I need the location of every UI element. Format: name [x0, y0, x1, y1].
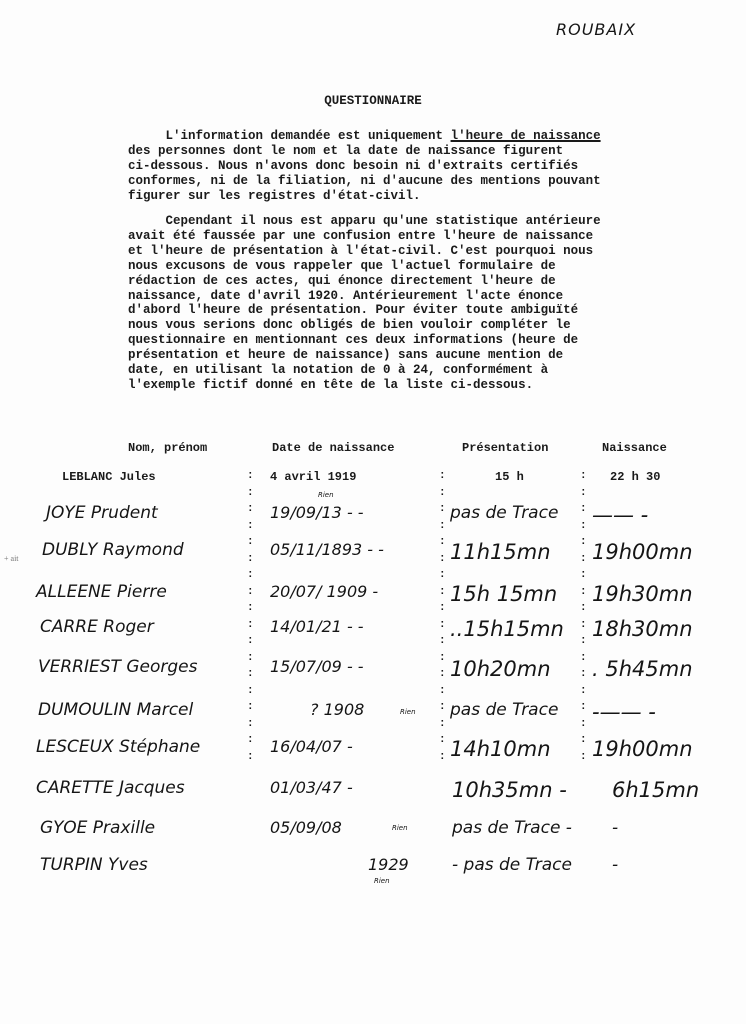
birth-time: 19h30mn: [592, 582, 693, 606]
example-birth-time: 22 h 30: [610, 470, 660, 484]
table-row: CARRE Roger14/01/21 - -..15h15mn18h30mn: [0, 617, 746, 657]
birth-time: —— -: [592, 503, 648, 527]
person-name: DUMOULIN Marcel: [38, 700, 193, 720]
birth-date: 20/07/ 1909 -: [270, 582, 378, 601]
date-note: Rien: [400, 708, 416, 716]
date-note: Rien: [318, 491, 334, 499]
birth-date: 1929: [368, 855, 409, 874]
presentation-time: 15h 15mn: [450, 582, 557, 606]
person-name: DUBLY Raymond: [42, 540, 184, 560]
table-row: GYOE Praxille05/09/08Rienpas de Trace --: [0, 818, 746, 858]
table-row: VERRIEST Georges15/07/09 - -10h20mn. 5h4…: [0, 657, 746, 697]
person-name: VERRIEST Georges: [38, 657, 197, 677]
column-header-birth-time: Naissance: [602, 441, 667, 455]
column-header-presentation: Présentation: [462, 441, 548, 455]
presentation-time: 10h20mn: [450, 657, 551, 681]
table-row: DUBLY Raymond05/11/1893 - -11h15mn19h00m…: [0, 540, 746, 580]
person-name: JOYE Prudent: [46, 503, 158, 523]
birth-date: 16/04/07 -: [270, 737, 353, 756]
date-note: Rien: [392, 824, 408, 832]
explanation-paragraph: Cependant il nous est apparu qu'une stat…: [128, 214, 668, 393]
example-birth-date: 4 avril 1919: [270, 470, 356, 484]
person-name: CARRE Roger: [40, 617, 154, 637]
birth-time: -—— -: [592, 700, 656, 724]
birth-time: 19h00mn: [592, 737, 693, 761]
column-header-birth-date: Date de naissance: [272, 441, 394, 455]
presentation-time: 10h35mn -: [452, 778, 567, 802]
birth-date: 01/03/47 -: [270, 778, 353, 797]
birth-time: -: [612, 818, 618, 838]
presentation-time: 14h10mn: [450, 737, 551, 761]
presentation-time: - pas de Trace: [452, 855, 572, 875]
birth-time: 19h00mn: [592, 540, 693, 564]
person-name: CARETTE Jacques: [36, 778, 185, 798]
intro-line-2: des personnes dont le nom et la date de …: [128, 144, 563, 158]
table-row: JOYE Prudent19/09/13 - -Rienpas de Trace…: [0, 503, 746, 543]
table-row: ALLEENE Pierre20/07/ 1909 -15h 15mn19h30…: [0, 582, 746, 622]
presentation-time: pas de Trace -: [452, 818, 572, 838]
emphasis-birth-hour: l'heure de naissance: [451, 129, 601, 143]
table-row: DUMOULIN Marcel? 1908Rienpas de Trace-——…: [0, 700, 746, 740]
date-note: Rien: [374, 877, 390, 885]
example-name: LEBLANC Jules: [62, 470, 156, 484]
intro-line-4: conformes, ni de la filiation, ni d'aucu…: [128, 174, 601, 188]
column-header-name: Nom, prénom: [128, 441, 207, 455]
birth-time: -: [612, 855, 618, 875]
intro-line-5: figurer sur les registres d'état-civil.: [128, 189, 421, 203]
intro-paragraph: L'information demandée est uniquement l'…: [128, 129, 668, 204]
birth-time: 18h30mn: [592, 617, 693, 641]
city-label: ROUBAIX: [556, 20, 636, 39]
table-row: LESCEUX Stéphane16/04/07 -14h10mn19h00mn: [0, 737, 746, 777]
birth-date: ? 1908: [310, 700, 364, 719]
birth-date: 05/09/08: [270, 818, 342, 837]
person-name: TURPIN Yves: [40, 855, 148, 875]
birth-date: 19/09/13 - -: [270, 503, 364, 522]
presentation-time: 11h15mn: [450, 540, 551, 564]
document-title: QUESTIONNAIRE: [0, 94, 746, 108]
birth-date: 14/01/21 - -: [270, 617, 364, 636]
birth-time: 6h15mn: [612, 778, 699, 802]
person-name: ALLEENE Pierre: [36, 582, 167, 602]
birth-date: 05/11/1893 - -: [270, 540, 384, 559]
person-name: LESCEUX Stéphane: [36, 737, 200, 757]
intro-line-1: L'information demandée est uniquement: [128, 129, 451, 143]
intro-line-3: ci-dessous. Nous n'avons donc besoin ni …: [128, 159, 578, 173]
presentation-time: ..15h15mn: [450, 617, 564, 641]
table-row: CARETTE Jacques01/03/47 -10h35mn -6h15mn: [0, 778, 746, 818]
presentation-time: pas de Trace: [450, 503, 558, 523]
example-presentation: 15 h: [495, 470, 524, 484]
table-row: TURPIN Yves1929Rien- pas de Trace-: [0, 855, 746, 895]
person-name: GYOE Praxille: [40, 818, 155, 838]
birth-date: 15/07/09 - -: [270, 657, 364, 676]
birth-time: . 5h45mn: [592, 657, 693, 681]
presentation-time: pas de Trace: [450, 700, 558, 720]
